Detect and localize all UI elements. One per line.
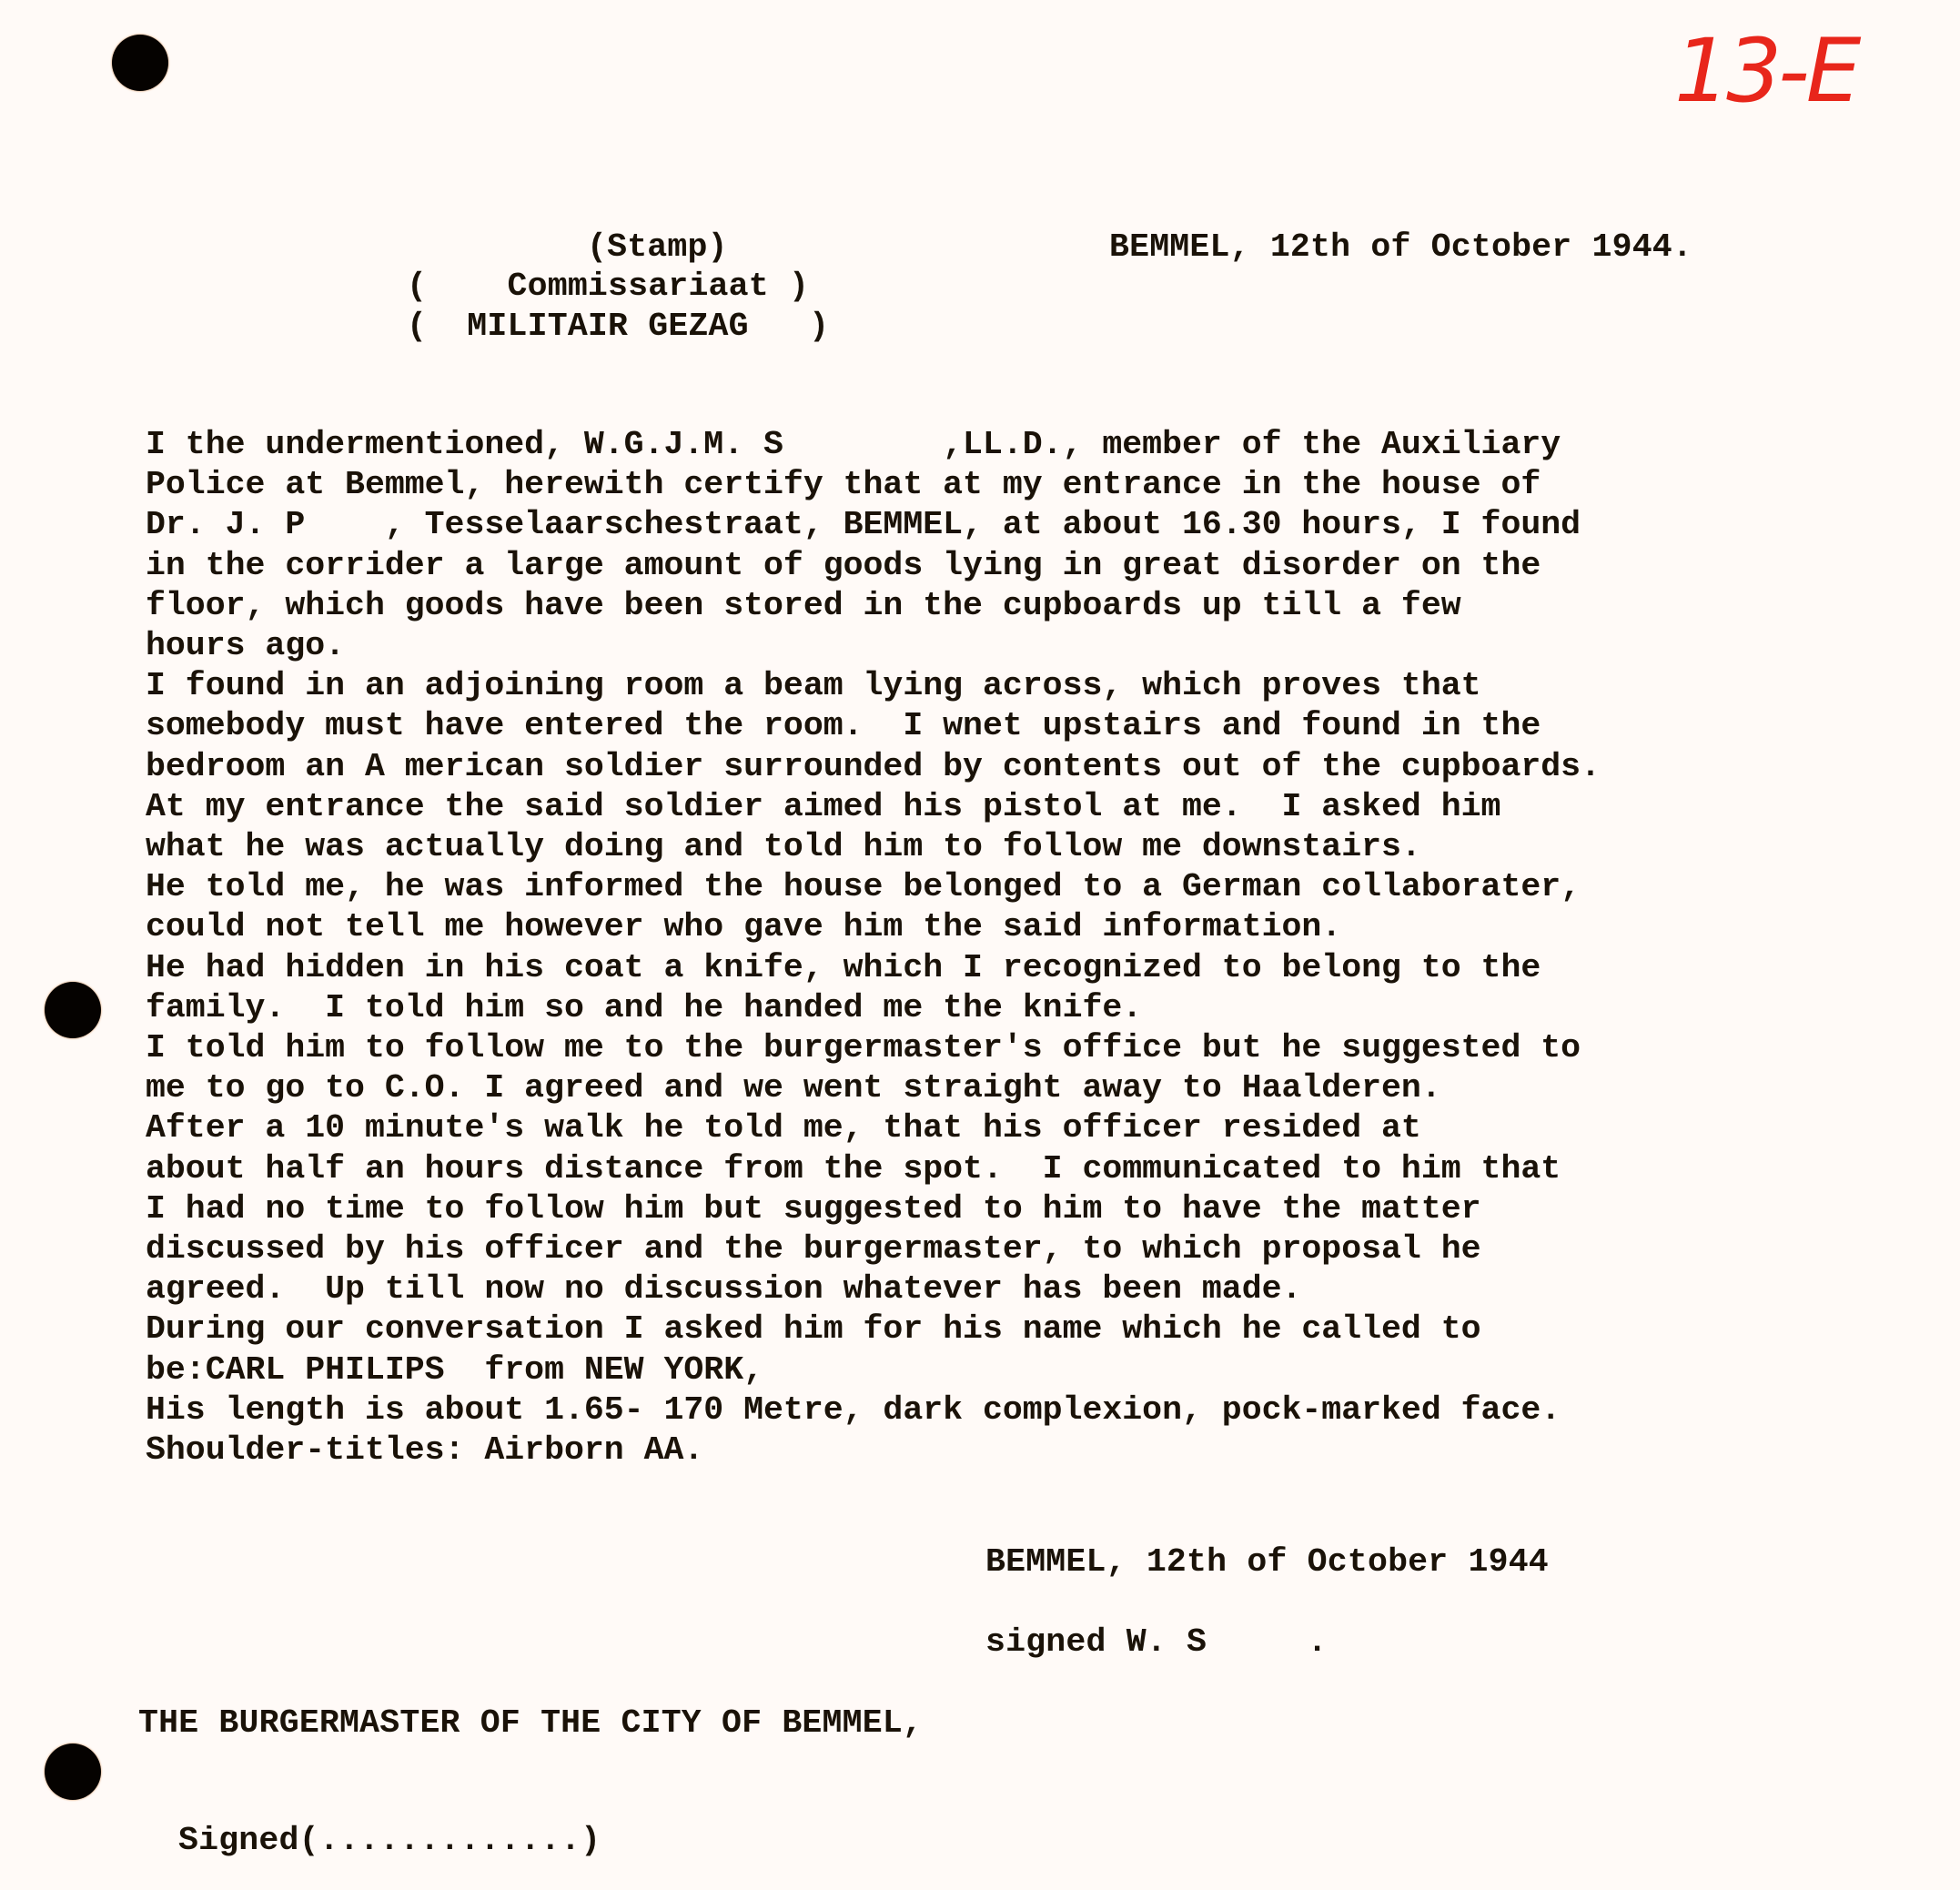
body-line: Dr. J. P , Tesselaarschestraat, BEMMEL, … <box>146 505 1601 545</box>
body-line: During our conversation I asked him for … <box>146 1309 1601 1349</box>
body-line: floor, which goods have been stored in t… <box>146 586 1601 626</box>
punch-hole-bottom <box>45 1743 101 1800</box>
body-line: After a 10 minute's walk he told me, tha… <box>146 1108 1601 1148</box>
header-date: BEMMEL, 12th of October 1944. <box>1109 227 1692 268</box>
body-line: discussed by his officer and the burgerm… <box>146 1229 1601 1269</box>
body-line: At my entrance the said soldier aimed hi… <box>146 787 1601 827</box>
signature-line: signed W. S . <box>985 1622 1328 1663</box>
body-line: He had hidden in his coat a knife, which… <box>146 948 1601 988</box>
body-line: Police at Bemmel, herewith certify that … <box>146 465 1601 505</box>
body-line: family. I told him so and he handed me t… <box>146 988 1601 1028</box>
body-line: in the corrider a large amount of goods … <box>146 546 1601 586</box>
closing-date: BEMMEL, 12th of October 1944 <box>985 1542 1549 1582</box>
addressee-signature: Signed(.............) <box>178 1821 601 1861</box>
body-line: could not tell me however who gave him t… <box>146 907 1601 947</box>
body-line: be:CARL PHILIPS from NEW YORK, <box>146 1350 1601 1390</box>
body-line: bedroom an A merican soldier surrounded … <box>146 747 1601 787</box>
stamp-militair-gezag: ( MILITAIR GEZAG ) <box>407 307 829 347</box>
body-line: I told him to follow me to the burgermas… <box>146 1028 1601 1068</box>
body-line: somebody must have entered the room. I w… <box>146 706 1601 746</box>
body-line: agreed. Up till now no discussion whatev… <box>146 1269 1601 1309</box>
addressee: THE BURGERMASTER OF THE CITY OF BEMMEL, <box>138 1703 923 1743</box>
body-line: He told me, he was informed the house be… <box>146 867 1601 907</box>
body-line: Shoulder-titles: Airborn AA. <box>146 1430 1601 1471</box>
statement-body: I the undermentioned, W.G.J.M. S ,LL.D.,… <box>146 425 1601 1471</box>
body-line: I had no time to follow him but suggeste… <box>146 1189 1601 1229</box>
body-line: I the undermentioned, W.G.J.M. S ,LL.D.,… <box>146 425 1601 465</box>
body-line: His length is about 1.65- 170 Metre, dar… <box>146 1390 1601 1430</box>
stamp-commissariaat: ( Commissariaat ) <box>407 267 809 307</box>
punch-hole-top <box>112 35 168 91</box>
punch-hole-middle <box>45 982 101 1038</box>
body-line: about half an hours distance from the sp… <box>146 1149 1601 1189</box>
body-line: I found in an adjoining room a beam lyin… <box>146 666 1601 706</box>
stamp-label: (Stamp) <box>587 227 728 268</box>
reference-mark: 13-E <box>1674 27 1857 115</box>
body-line: hours ago. <box>146 626 1601 666</box>
body-line: what he was actually doing and told him … <box>146 827 1601 867</box>
body-line: me to go to C.O. I agreed and we went st… <box>146 1068 1601 1108</box>
